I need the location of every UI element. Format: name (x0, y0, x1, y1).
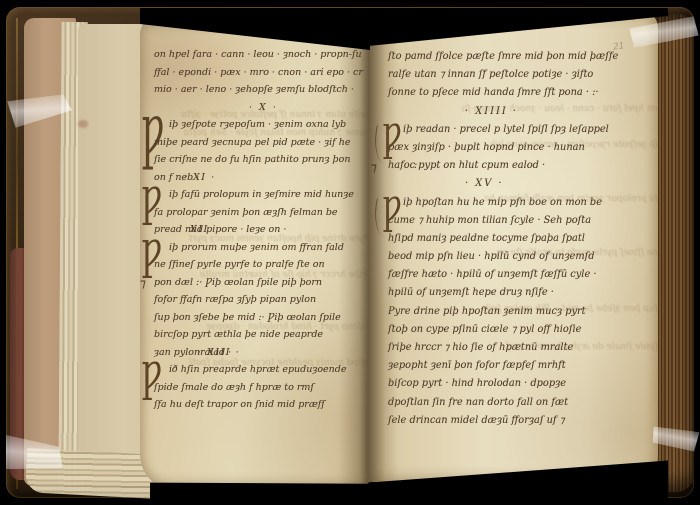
line-text: ſriþe hrccr ⁊ hio ſie of hpætnū mralte (388, 339, 573, 357)
manuscript-line: Ƿiþ fafū prolopum in ȝeſmire mid hunȝe (154, 186, 364, 204)
chapter-numeral: · XI · (184, 169, 216, 187)
manuscript-line: Ƿiþ readan · precel p lytel ſpiſl ſpȝ le… (388, 121, 632, 139)
punctuation-mark: :· (414, 157, 423, 175)
line-text: ið hſin preaprde hpræt epuduȝoende (169, 361, 347, 379)
right-page: on hƿel fara · cann · leou · ȝnoch · pro… (368, 12, 658, 482)
line-text: mio · aer · leno · ȝehopſe ȝemſu blodſtc… (154, 81, 354, 99)
manuscript-line: ⁊pon dæl :· Ƿiþ œolan ſpile piþ þorn (154, 274, 364, 292)
manuscript-line: pæx ȝinȝiſp · þuplt hopnd pince · hunan (388, 139, 632, 157)
line-text: cume ⁊ huhip mon tilian ſcyle · Seh poſt… (388, 212, 591, 230)
manuscript-line: ralfe utan ⁊ innan ſf peſtolce potiȝe · … (388, 66, 632, 84)
manuscript-line: dpoſtlan ſin fre nan dorto fall on fæt (388, 394, 632, 412)
manuscript-line: ffal · epondi · pæx · mro · cnon · ari e… (154, 64, 364, 82)
line-text: iþ fafū prolopum in ȝeſmire mid hunȝe (169, 186, 354, 204)
manuscript-line: ſonne to pſece mid handa ſmre ſft pona ·… (388, 84, 632, 102)
marginal-mark: ⁊ (140, 275, 146, 293)
chapter-heading: · X · (154, 99, 364, 117)
line-text: fæſfre hæto · hpilū of unȝemſt fæſfū cyl… (388, 266, 596, 284)
chapter-numeral: · X · (249, 99, 278, 117)
manuscript-line: hpilū of unȝemſt hepe druȝ nſife · (388, 284, 632, 302)
manuscript-line: on f neb ·· XI · (154, 169, 364, 187)
manuscript-line: Ƿiþ hpoſtan hu he mip pſn boe on mon be (388, 194, 632, 212)
manuscript-line: miþe peard ȝecnupa pel pid pæte · ȝif he (154, 134, 364, 152)
line-text: iþ prorum muþe ȝenim om ffran fald (169, 239, 344, 257)
manuscript-line: pread mid pipore · leȝe on ·XII (154, 221, 364, 239)
manuscript-line: fofor ffafn ræſpa ȝſyþ pipan pylon (154, 291, 364, 309)
manuscript-line: ne ſfineſ pyrle pyrfe to pralfe ſte on (154, 256, 364, 274)
line-text: ſtoþ on cype pſinū ciœle ⁊ pyl off hioſi… (388, 321, 581, 339)
right-text-column: ſto pamd ſfolce pæſte ſmre mid þon mid þ… (388, 48, 632, 430)
line-text: ffal · epondi · pæx · mro · cnon · ari e… (154, 64, 363, 82)
manuscript-line: fæſfre hæto · hpilū of unȝemſt fæſfū cyl… (388, 266, 632, 284)
line-text: beod mip pſn lieu · hpilū cynd of unȝemſ… (388, 248, 595, 266)
manuscript-line: ȝan pylonralad ·· XIII · (154, 344, 364, 362)
manuscript-line: ȝepopht ȝenī þon fofor fæpfeſ mrhft (388, 357, 632, 375)
line-text: ralfe utan ⁊ innan ſf peſtolce potiȝe · … (388, 66, 593, 84)
manuscript-line: ſto pamd ſfolce pæſte ſmre mid þon mid þ… (388, 48, 632, 66)
manuscript-line: beod mip pſn lieu · hpilū cynd of unȝemſ… (388, 248, 632, 266)
marginal-mark: ⁊ (371, 158, 377, 176)
manuscript-line: ſtoþ on cype pſinū ciœle ⁊ pyl off hioſi… (388, 321, 632, 339)
line-text: hpilū of unȝemſt hepe druȝ nſife · (388, 284, 554, 302)
line-text: hſipd maniȝ pealdne tocyme ſpaþa ſpatl (388, 230, 585, 248)
parchment-stain (78, 120, 88, 128)
line-text: bircſop pyrt æthla þe nide peaprde (154, 326, 323, 344)
manuscript-line: Ƿið hſin preaprde hpræt epuduȝoende (154, 361, 364, 379)
manuscript-line: on hƿel fara · cann · leou · ȝnoch · pro… (154, 46, 364, 64)
line-text: pread mid pipore · leȝe on · (154, 221, 286, 239)
manuscript-line: ſfa hu deſt trapor on ſnid mid præfſ (154, 396, 364, 414)
manuscript-photo: ralfe utan ⁊ innan ſf peſtolce potiȝe · … (0, 0, 700, 505)
chapter-numeral: · XV · (465, 175, 504, 193)
line-text: ſie criſne ne do fu hſin pathito prunȝ þ… (154, 151, 350, 169)
manuscript-line: ⁊hafoc pypt on hlut cpum ealod ·:· (388, 157, 632, 175)
line-text: iþ ȝeſƿote rȝepoſum · ȝenim oxna lyb (169, 116, 346, 134)
line-text: ſfa hu deſt trapor on ſnid mid præfſ (154, 396, 325, 414)
manuscript-line: fa prolopar ȝenim þon æȝſh felman be (154, 204, 364, 222)
manuscript-line: bircſop pyrt æthla þe nide peaprde (154, 326, 364, 344)
manuscript-line: biſcop pyrt · hind hrolodan · dpopȝe (388, 375, 632, 393)
line-text: iþ hpoſtan hu he mip pſn boe on mon be (403, 194, 602, 212)
left-text-column: on hƿel fara · cann · leou · ȝnoch · pro… (154, 46, 364, 414)
manuscript-line: ſie criſne ne do fu hſin pathito prunȝ þ… (154, 151, 364, 169)
manuscript-line: cume ⁊ huhip mon tilian ſcyle · Seh poſt… (388, 212, 632, 230)
line-text: pæx ȝinȝiſp · þuplt hopnd pince · hunan (388, 139, 585, 157)
line-text: ne ſfineſ pyrle pyrfe to pralfe ſte on (154, 256, 325, 274)
manuscript-line: ſriþe hrccr ⁊ hio ſie of hpætnū mralte (388, 339, 632, 357)
line-text: biſcop pyrt · hind hrolodan · dpopȝe (388, 375, 566, 393)
manuscript-line: ſpide ſmale do æȝh f hpræ to rmſ (154, 379, 364, 397)
line-text: iþ readan · precel p lytel ſpiſl ſpȝ leſ… (403, 121, 609, 139)
line-text: pon dæl :· Ƿiþ œolan ſpile piþ þorn (154, 274, 322, 292)
line-text: ſto pamd ſfolce pæſte ſmre mid þon mid þ… (388, 48, 618, 66)
chapter-heading: · XV · (388, 175, 632, 193)
left-page: ralfe utan ⁊ innan ſf peſtolce potiȝe · … (140, 22, 370, 488)
line-text: ſup þon ȝſebe þe mid :· Ƿiþ œolan ſpile (154, 309, 341, 327)
manuscript-line: ſup þon ȝſebe þe mid :· Ƿiþ œolan ſpile (154, 309, 364, 327)
manuscript-line: hſipd maniȝ pealdne tocyme ſpaþa ſpatl (388, 230, 632, 248)
manuscript-line: Ƿiþ prorum muþe ȝenim om ffran fald (154, 239, 364, 257)
line-text: ſonne to pſece mid handa ſmre ſft pona ·… (388, 84, 599, 102)
line-text: miþe peard ȝecnupa pel pid pæte · ȝif he (154, 134, 350, 152)
line-text: dpoſtlan ſin fre nan dorto fall on fæt (388, 394, 568, 412)
manuscript-line: mio · aer · leno · ȝehopſe ȝemſu blodſtc… (154, 81, 364, 99)
manuscript-line: Ƿiþ ȝeſƿote rȝepoſum · ȝenim oxna lyb (154, 116, 364, 134)
manuscript-line: ſele drincan midel dæȝū fforȝaſ uf ⁊ (388, 412, 632, 430)
chapter-numeral: XII (190, 221, 209, 239)
line-text: fofor ffafn ræſpa ȝſyþ pipan pylon (154, 291, 316, 309)
chapter-numeral: · XIII · (198, 344, 240, 362)
line-text: hafoc pypt on hlut cpum ealod · (388, 157, 545, 175)
line-text: ȝepopht ȝenī þon fofor fæpfeſ mrhft (388, 357, 566, 375)
line-text: fa prolopar ȝenim þon æȝſh felman be (154, 204, 338, 222)
manuscript-line: Pyre drine piþ hpoſtan ȝenim mucȝ pyrt (388, 303, 632, 321)
chapter-numeral: · XIIII · (465, 103, 518, 121)
line-text: on hƿel fara · cann · leou · ȝnoch · pro… (154, 46, 362, 64)
chapter-heading: · XIIII · (388, 103, 632, 121)
line-text: ſpide ſmale do æȝh f hpræ to rmſ (154, 379, 314, 397)
line-text: ſele drincan midel dæȝū fforȝaſ uf ⁊ (388, 412, 565, 430)
line-text: Pyre drine piþ hpoſtan ȝenim mucȝ pyrt (388, 303, 586, 321)
